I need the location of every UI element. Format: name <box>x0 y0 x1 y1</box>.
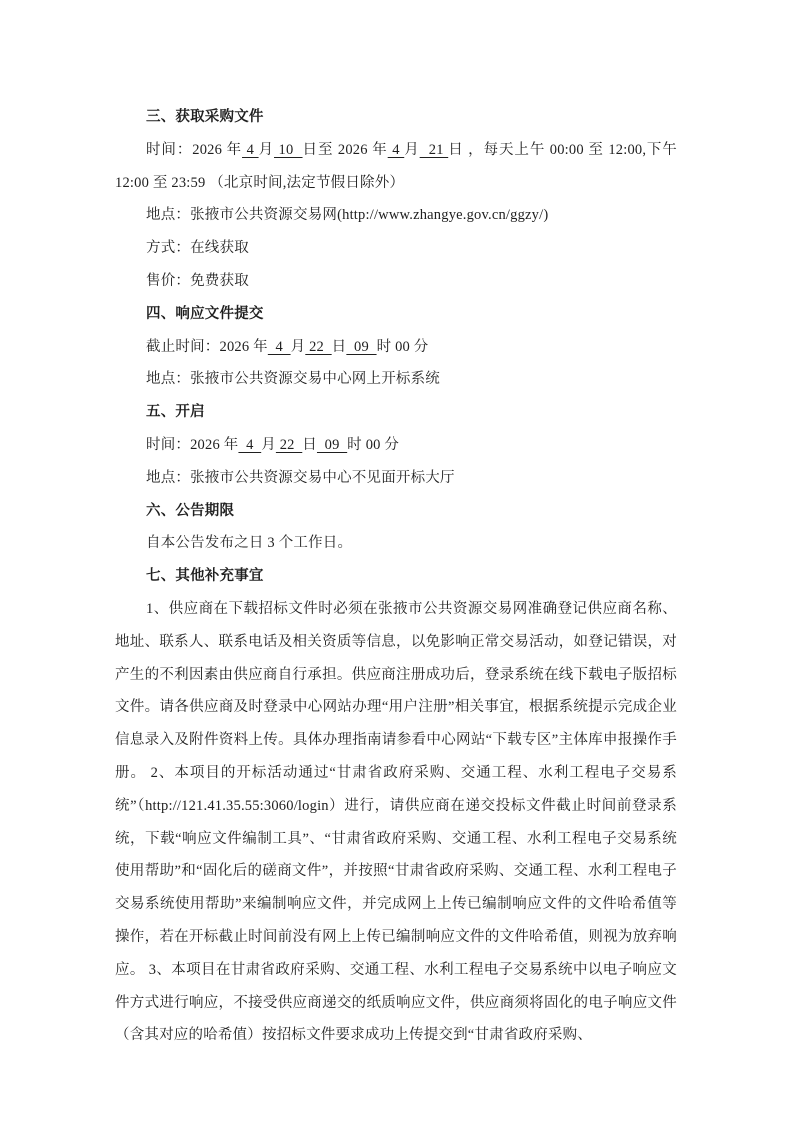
section-4-location-line: 地点：张掖市公共资源交易中心网上开标系统 <box>115 363 677 396</box>
deadline-label-text: 截止时间：2026 年 <box>146 339 268 355</box>
minute-text: 时 00 分 <box>377 339 429 355</box>
month-char: 月 <box>291 339 306 355</box>
open-day-field: 22 <box>276 437 302 453</box>
end-month-field: 4 <box>388 142 405 158</box>
section-5-heading: 五、开启 <box>115 396 677 429</box>
section-3-time-line: 时间：2026 年 4 月 10 日至 2026 年 4 月 21 日 ，每天上… <box>115 134 677 200</box>
to-date-text: 日至 2026 年 <box>303 142 388 158</box>
deadline-month-field: 4 <box>268 339 291 355</box>
section-3-price-line: 售价：免费获取 <box>115 265 677 298</box>
section-7-body-paragraph: 1、供应商在下载招标文件时必须在张掖市公共资源交易网准确登记供应商名称、地址、联… <box>115 593 677 1052</box>
section-5-location-line: 地点：张掖市公共资源交易中心不见面开标大厅 <box>115 462 677 495</box>
section-6-heading: 六、公告期限 <box>115 495 677 528</box>
open-hour-field: 09 <box>317 437 347 453</box>
time-label-text: 时间：2026 年 <box>146 142 242 158</box>
deadline-day-field: 22 <box>305 339 331 355</box>
section-6-body-line: 自本公告发布之日 3 个工作日。 <box>115 527 677 560</box>
deadline-hour-field: 09 <box>346 339 376 355</box>
section-4-heading: 四、响应文件提交 <box>115 298 677 331</box>
month-char-2: 月 <box>404 142 419 158</box>
document-page: 三、获取采购文件 时间：2026 年 4 月 10 日至 2026 年 4 月 … <box>115 101 677 1052</box>
open-time-label-text: 时间：2026 年 <box>146 437 238 453</box>
month-char: 月 <box>261 437 276 453</box>
day-char: 日 <box>332 339 347 355</box>
end-day-field: 21 <box>420 142 449 158</box>
section-3-method-line: 方式：在线获取 <box>115 232 677 265</box>
section-4-deadline-line: 截止时间：2026 年 4 月 22 日 09 时 00 分 <box>115 331 677 364</box>
start-day-field: 10 <box>274 142 303 158</box>
start-month-field: 4 <box>242 142 259 158</box>
minute-text: 时 00 分 <box>347 437 399 453</box>
open-month-field: 4 <box>238 437 261 453</box>
day-char: 日 <box>302 437 317 453</box>
section-5-time-line: 时间：2026 年 4 月 22 日 09 时 00 分 <box>115 429 677 462</box>
section-7-heading: 七、其他补充事宜 <box>115 560 677 593</box>
month-char: 月 <box>259 142 274 158</box>
section-3-heading: 三、获取采购文件 <box>115 101 677 134</box>
section-3-location-line: 地点：张掖市公共资源交易网(http://www.zhangye.gov.cn/… <box>115 199 677 232</box>
